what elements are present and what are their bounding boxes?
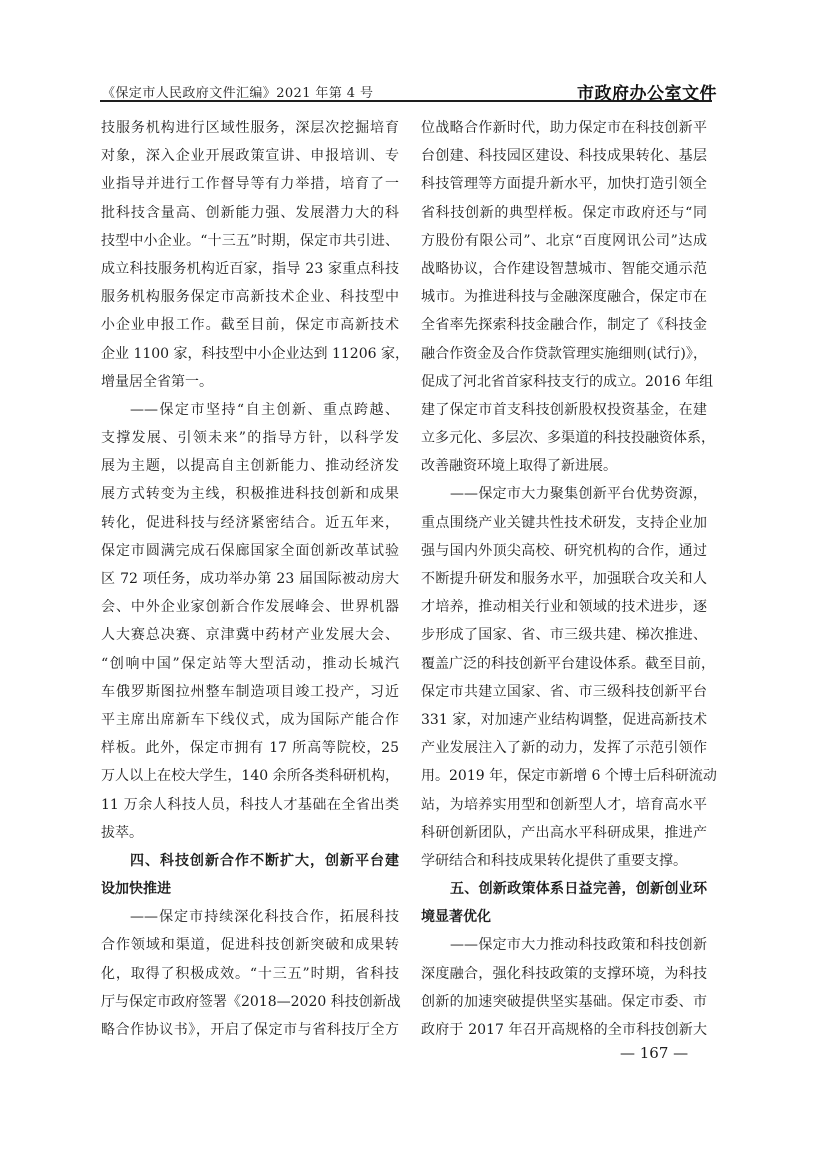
text-line: 建了保定市首支科技创新股权投资基金，在建 bbox=[421, 396, 707, 424]
paragraph: ——保定市大力推动科技政策和科技创新 深度融合，强化科技政策的支撑环境，为科技 … bbox=[421, 931, 707, 1044]
text-line: 城市。为推进科技与金融深度融合，保定市在 bbox=[421, 283, 707, 311]
text-line: 步形成了国家、省、市三级共建、梯次推进、 bbox=[421, 621, 707, 649]
text-line: 业指导并进行工作督导等有力举措，培育了一 bbox=[101, 170, 399, 198]
text-line: 拔萃。 bbox=[101, 819, 399, 847]
heading-line: 设加快推进 bbox=[101, 875, 399, 903]
right-column: 位战略合作新时代，助力保定市在科技创新平 台创建、科技园区建设、科技成果转化、基… bbox=[421, 114, 707, 1044]
text-line: 展方式转变为主线，积极推进科技创新和成果 bbox=[101, 480, 399, 508]
text-line: 合作领域和渠道，促进科技创新突破和成果转 bbox=[101, 931, 399, 959]
text-line: 政府于 2017 年召开高规格的全市科技创新大 bbox=[421, 1016, 707, 1044]
left-column: 技服务机构进行区域性服务，深层次挖掘培育 对象，深入企业开展政策宣讲、申报培训、… bbox=[101, 114, 399, 1044]
text-line: 展为主题，以提高自主创新能力、推动经济发 bbox=[101, 452, 399, 480]
text-line: 科研创新团队，产出高水平科研成果，推进产 bbox=[421, 819, 707, 847]
text-line: 战略协议，合作建设智慧城市、智能交通示范 bbox=[421, 255, 707, 283]
document-page: 《保定市人民政府文件汇编》2021 年第 4 号 市政府办公室文件 技服务机构进… bbox=[0, 0, 816, 1156]
text-line: ——保定市坚持“自主创新、重点跨越、 bbox=[101, 396, 399, 424]
heading-line: 五、创新政策体系日益完善，创新创业环 bbox=[421, 875, 707, 903]
paragraph: ——保定市持续深化科技合作，拓展科技 合作领域和渠道，促进科技创新突破和成果转 … bbox=[101, 903, 399, 1044]
text-line: 企业 1100 家，科技型中小企业达到 11206 家， bbox=[101, 340, 399, 368]
text-line: 技型中小企业。“十三五”时期，保定市共引进、 bbox=[101, 227, 399, 255]
text-line: 融合作资金及合作贷款管理实施细则(试行)》， bbox=[421, 340, 707, 368]
text-line: 位战略合作新时代，助力保定市在科技创新平 bbox=[421, 114, 707, 142]
paragraph: 技服务机构进行区域性服务，深层次挖掘培育 对象，深入企业开展政策宣讲、申报培训、… bbox=[101, 114, 399, 396]
heading-line: 四、科技创新合作不断扩大，创新平台建 bbox=[101, 847, 399, 875]
text-line: 对象，深入企业开展政策宣讲、申报培训、专 bbox=[101, 142, 399, 170]
text-line: 化，取得了积极成效。“十三五”时期，省科技 bbox=[101, 960, 399, 988]
paragraph: 位战略合作新时代，助力保定市在科技创新平 台创建、科技园区建设、科技成果转化、基… bbox=[421, 114, 707, 480]
text-line: 保定市共建立国家、省、市三级科技创新平台 bbox=[421, 678, 707, 706]
section-heading: 四、科技创新合作不断扩大，创新平台建 设加快推进 bbox=[101, 847, 399, 903]
text-line: 方股份有限公司”、北京“百度网讯公司”达成 bbox=[421, 227, 707, 255]
text-line: 台创建、科技园区建设、科技成果转化、基层 bbox=[421, 142, 707, 170]
text-line: 学研结合和科技成果转化提供了重要支撑。 bbox=[421, 847, 707, 875]
text-line: 重点围绕产业关键共性技术研发，支持企业加 bbox=[421, 509, 707, 537]
paragraph: ——保定市大力聚集创新平台优势资源， 重点围绕产业关键共性技术研发，支持企业加 … bbox=[421, 480, 707, 875]
text-line: 小企业申报工作。截至目前，保定市高新技术 bbox=[101, 311, 399, 339]
text-line: 保定市圆满完成石保廊国家全面创新改革试验 bbox=[101, 537, 399, 565]
text-line: 服务机构服务保定市高新技术企业、科技型中 bbox=[101, 283, 399, 311]
text-line: 成立科技服务机构近百家，指导 23 家重点科技 bbox=[101, 255, 399, 283]
text-line: 增量居全省第一。 bbox=[101, 368, 399, 396]
text-line: 人大赛总决赛、京津冀中药材产业发展大会、 bbox=[101, 621, 399, 649]
text-line: 科技管理等方面提升新水平，加快打造引领全 bbox=[421, 170, 707, 198]
text-line: 区 72 项任务，成功举办第 23 届国际被动房大 bbox=[101, 565, 399, 593]
text-line: 立多元化、多层次、多渠道的科技投融资体系， bbox=[421, 424, 707, 452]
section-heading: 五、创新政策体系日益完善，创新创业环 境显著优化 bbox=[421, 875, 707, 931]
text-line: 产业发展注入了新的动力，发挥了示范引领作 bbox=[421, 734, 707, 762]
text-line: 不断提升研发和服务水平，加强联合攻关和人 bbox=[421, 565, 707, 593]
text-line: 创新的加速突破提供坚实基础。保定市委、市 bbox=[421, 988, 707, 1016]
text-line: 省科技创新的典型样板。保定市政府还与“同 bbox=[421, 199, 707, 227]
text-line: 才培养，推动相关行业和领域的技术进步，逐 bbox=[421, 593, 707, 621]
text-line: 支撑发展、引领未来”的指导方针，以科学发 bbox=[101, 424, 399, 452]
header-rule bbox=[100, 100, 712, 102]
heading-line: 境显著优化 bbox=[421, 903, 707, 931]
text-line: 会、中外企业家创新合作发展峰会、世界机器 bbox=[101, 593, 399, 621]
text-line: 改善融资环境上取得了新进展。 bbox=[421, 452, 707, 480]
text-line: 车俄罗斯图拉州整车制造项目竣工投产，习近 bbox=[101, 678, 399, 706]
text-line: 331 家，对加速产业结构调整，促进高新技术 bbox=[421, 706, 707, 734]
text-line: 样板。此外，保定市拥有 17 所高等院校，25 bbox=[101, 734, 399, 762]
text-line: 转化，促进科技与经济紧密结合。近五年来， bbox=[101, 509, 399, 537]
text-line: 用。2019 年，保定市新增 6 个博士后科研流动 bbox=[421, 762, 707, 790]
text-line: ——保定市持续深化科技合作，拓展科技 bbox=[101, 903, 399, 931]
text-line: 覆盖广泛的科技创新平台建设体系。截至目前， bbox=[421, 650, 707, 678]
text-line: 万人以上在校大学生，140 余所各类科研机构， bbox=[101, 762, 399, 790]
text-line: 站，为培养实用型和创新型人才，培育高水平 bbox=[421, 791, 707, 819]
text-line: 强与国内外顶尖高校、研究机构的合作，通过 bbox=[421, 537, 707, 565]
text-line: ——保定市大力推动科技政策和科技创新 bbox=[421, 931, 707, 959]
text-line: 促成了河北省首家科技支行的成立。2016 年组 bbox=[421, 368, 707, 396]
text-line: “创响中国”保定站等大型活动，推动长城汽 bbox=[101, 650, 399, 678]
text-line: 厅与保定市政府签署《2018—2020 科技创新战 bbox=[101, 988, 399, 1016]
running-header-publication: 《保定市人民政府文件汇编》2021 年第 4 号 bbox=[102, 82, 373, 101]
text-line: 深度融合，强化科技政策的支撑环境，为科技 bbox=[421, 960, 707, 988]
text-line: 技服务机构进行区域性服务，深层次挖掘培育 bbox=[101, 114, 399, 142]
text-line: 11 万余人科技人员，科技人才基础在全省出类 bbox=[101, 791, 399, 819]
paragraph: ——保定市坚持“自主创新、重点跨越、 支撑发展、引领未来”的指导方针，以科学发 … bbox=[101, 396, 399, 847]
text-line: 批科技含量高、创新能力强、发展潜力大的科 bbox=[101, 199, 399, 227]
text-line: 平主席出席新车下线仪式，成为国际产能合作 bbox=[101, 706, 399, 734]
text-line: 全省率先探索科技金融合作，制定了《科技金 bbox=[421, 311, 707, 339]
page-number: — 167 — bbox=[620, 1044, 688, 1062]
text-line: 略合作协议书》，开启了保定市与省科技厅全方 bbox=[101, 1016, 399, 1044]
text-line: ——保定市大力聚集创新平台优势资源， bbox=[421, 480, 707, 508]
